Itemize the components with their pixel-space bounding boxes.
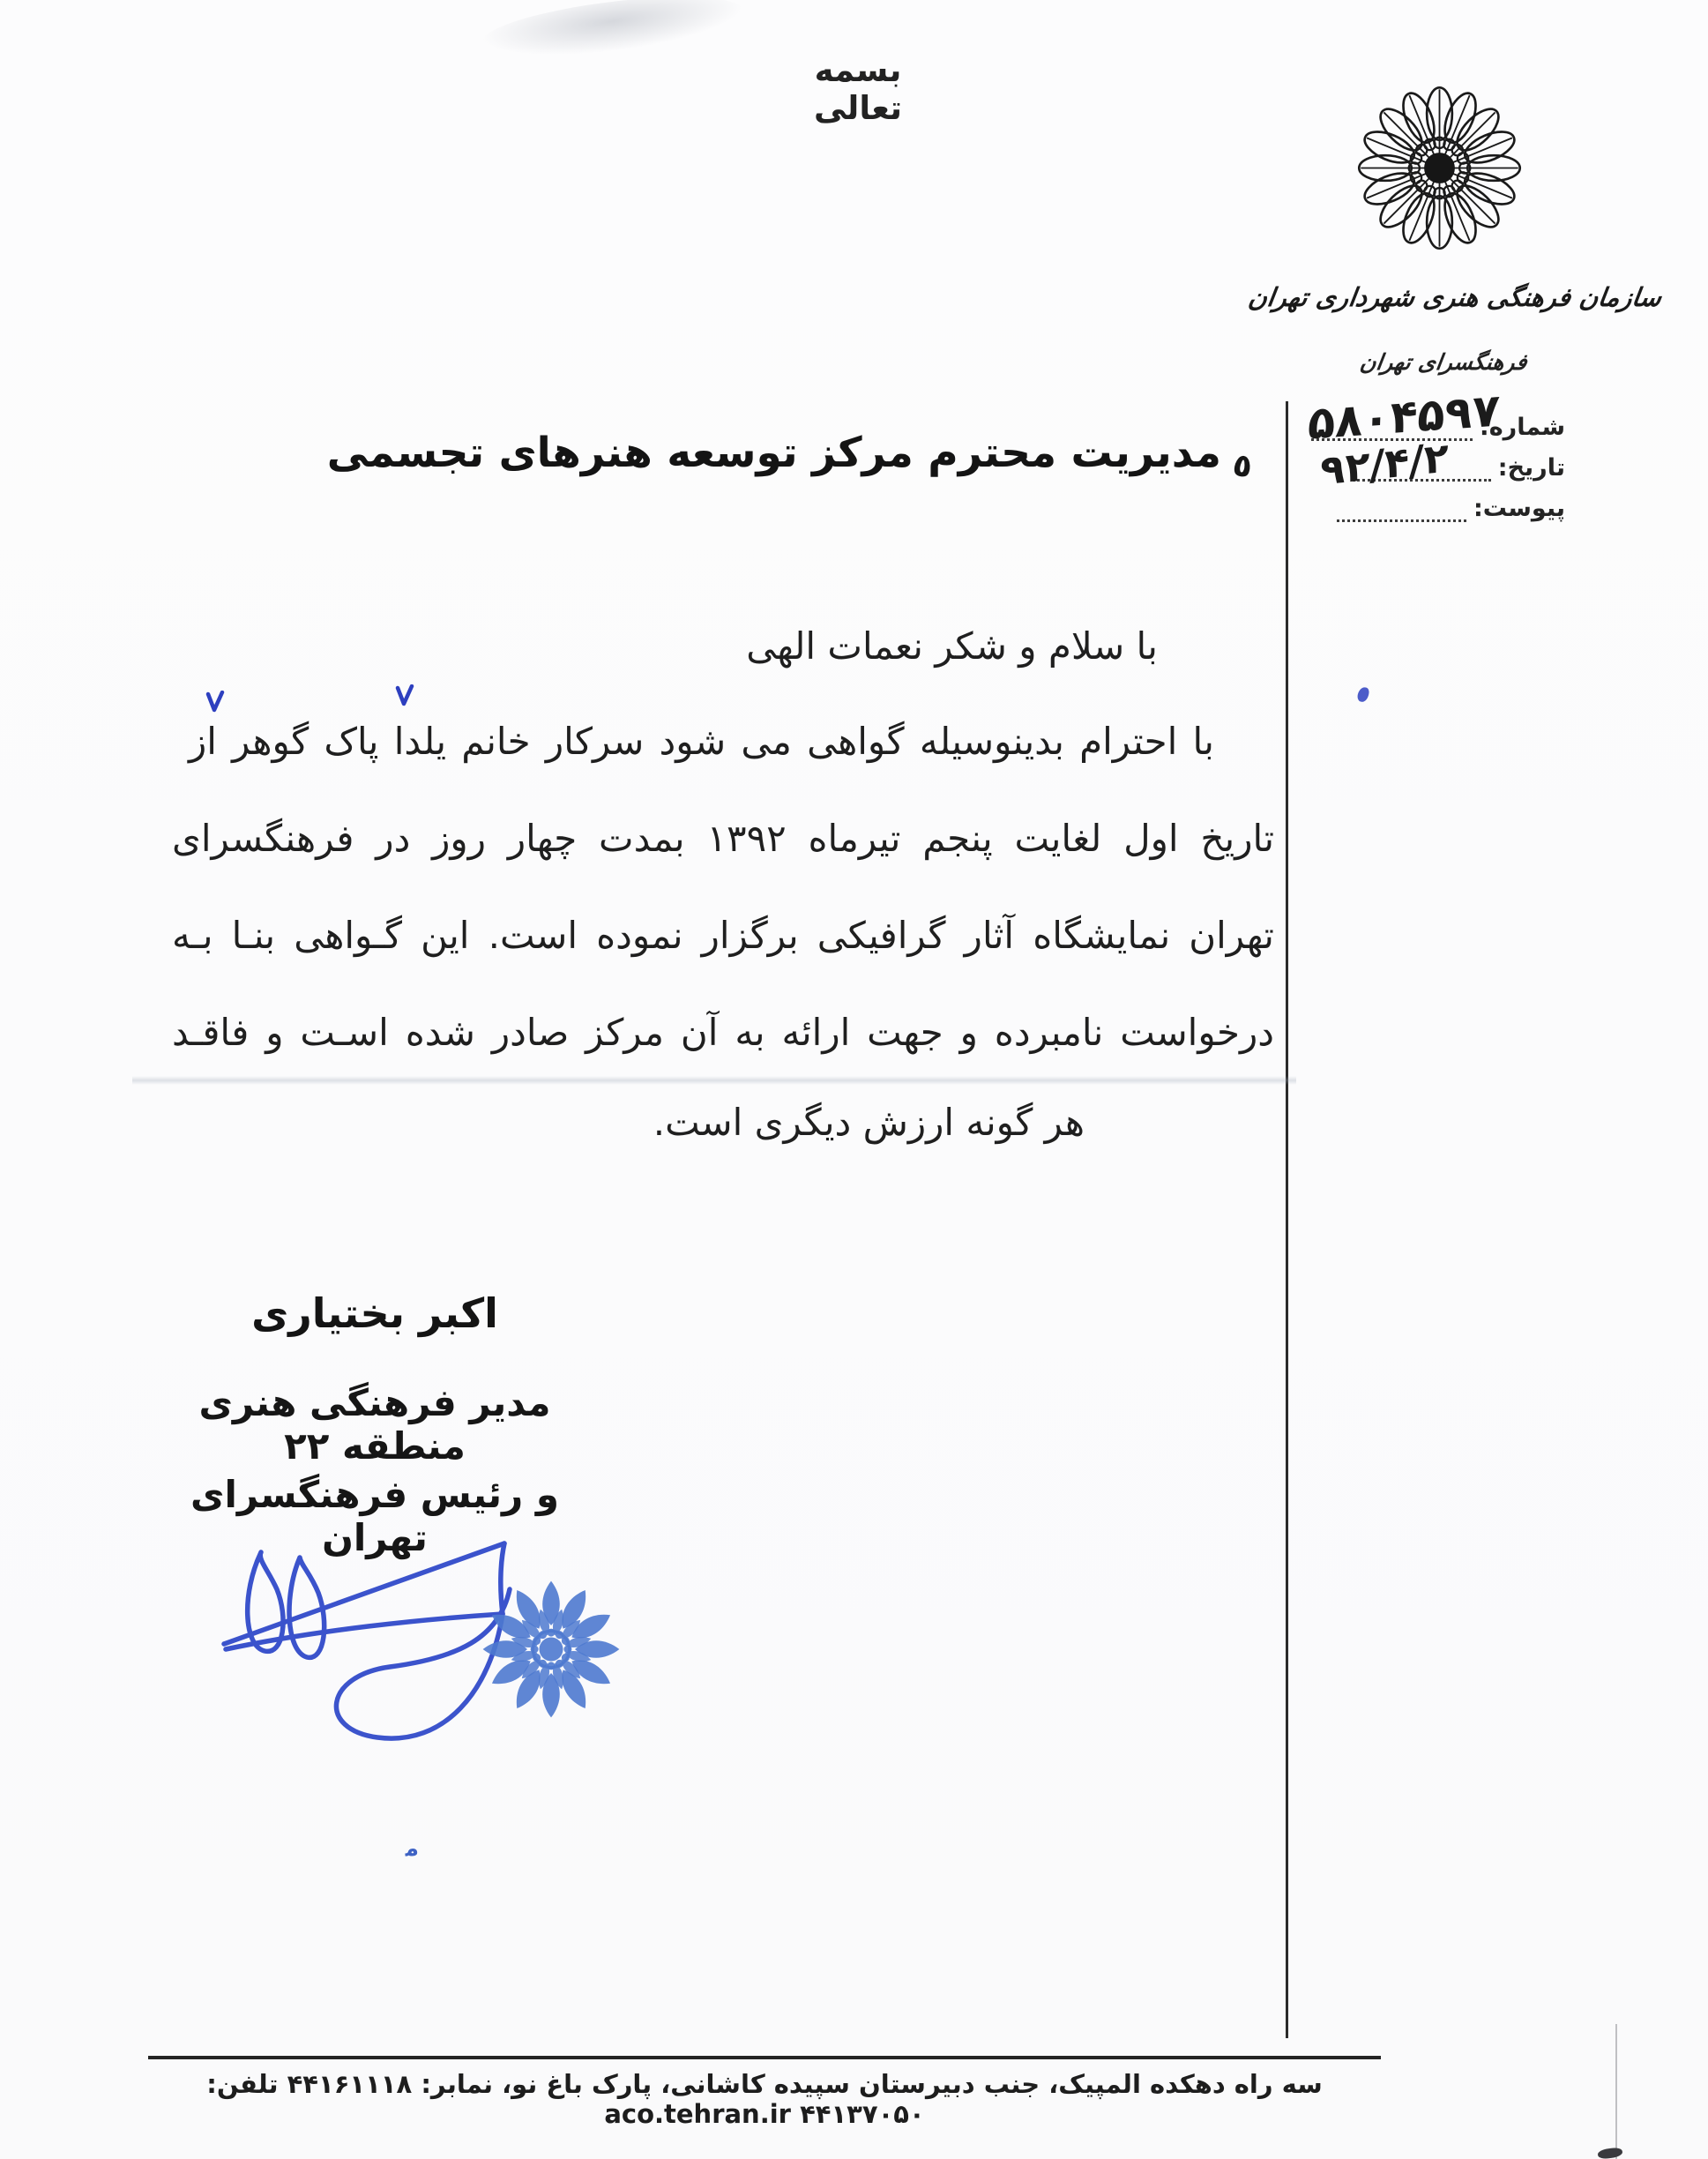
org-name: سازمان فرهنگی هنری شهرداری تهران [1246,282,1665,312]
body-line: تهران نمایشگاه آثار گرافیکی برگزار نموده… [172,905,1274,967]
footer-rule [148,2056,1381,2059]
scanned-letter-page: بسمه تعالی سازمان فرهنگی هنری شهرداری ته… [0,0,1708,2159]
salutation-line: با سلام و شکر نعمات الهی [746,616,1158,677]
scan-edge-line [1615,2024,1617,2159]
blue-ink-blot [1356,686,1370,703]
body-line: درخواست نامبرده و جهت ارائه به آن مرکز ص… [172,1002,1274,1064]
scan-shadow-smudge [479,0,748,67]
scan-edge-mark [1597,2147,1622,2159]
footer-website: aco.tehran.ir [604,2099,791,2129]
recipient-heading: مدیریت محترم مرکز توسعه هنرهای تجسمی [327,429,1221,477]
footer-address-line: سه راه دهکده المپیک، جنب دبیرستان سپیده … [148,2069,1381,2129]
paper-fold-crease [132,1076,1296,1085]
signer-name: اکبر بختیاری [132,1289,617,1337]
signer-title-1: مدیر فرهنگی هنری منطقه ۲۲ [132,1381,617,1468]
stray-ink-mark: ٥ [1230,447,1255,486]
attachment-label: پیوست: [1473,495,1565,522]
org-logo-flower-icon [1349,78,1530,258]
body-line: هر گونه ارزش دیگری است. [653,1092,1085,1154]
vertical-divider-line [1286,401,1288,2038]
bismillah-heading: بسمه تعالی [774,51,942,127]
blue-ink-tick-icon [205,691,225,713]
attachment-dotted-line [1337,493,1466,522]
org-branch-name: فرهنگسرای تهران [1250,349,1637,375]
field-row-attachment: پیوست: [1333,489,1565,522]
body-line: تاریخ اول لغایت پنجم تیرماه ۱۳۹۲ بمدت چه… [172,808,1274,870]
date-label: تاریخ: [1498,454,1565,482]
body-line: با احترام بدینوسیله گواهی می شود سرکار خ… [189,711,1214,773]
blue-ink-tick-icon [395,684,414,707]
svg-text:منطقه بیست و دو: منطقه بیست و دو [379,1667,420,1862]
stamp-text: سازمان فرهنگی هنری شهرداری تهران منطقه ب… [379,1667,714,1887]
stamp-district-text: منطقه بیست و دو [379,1667,420,1862]
